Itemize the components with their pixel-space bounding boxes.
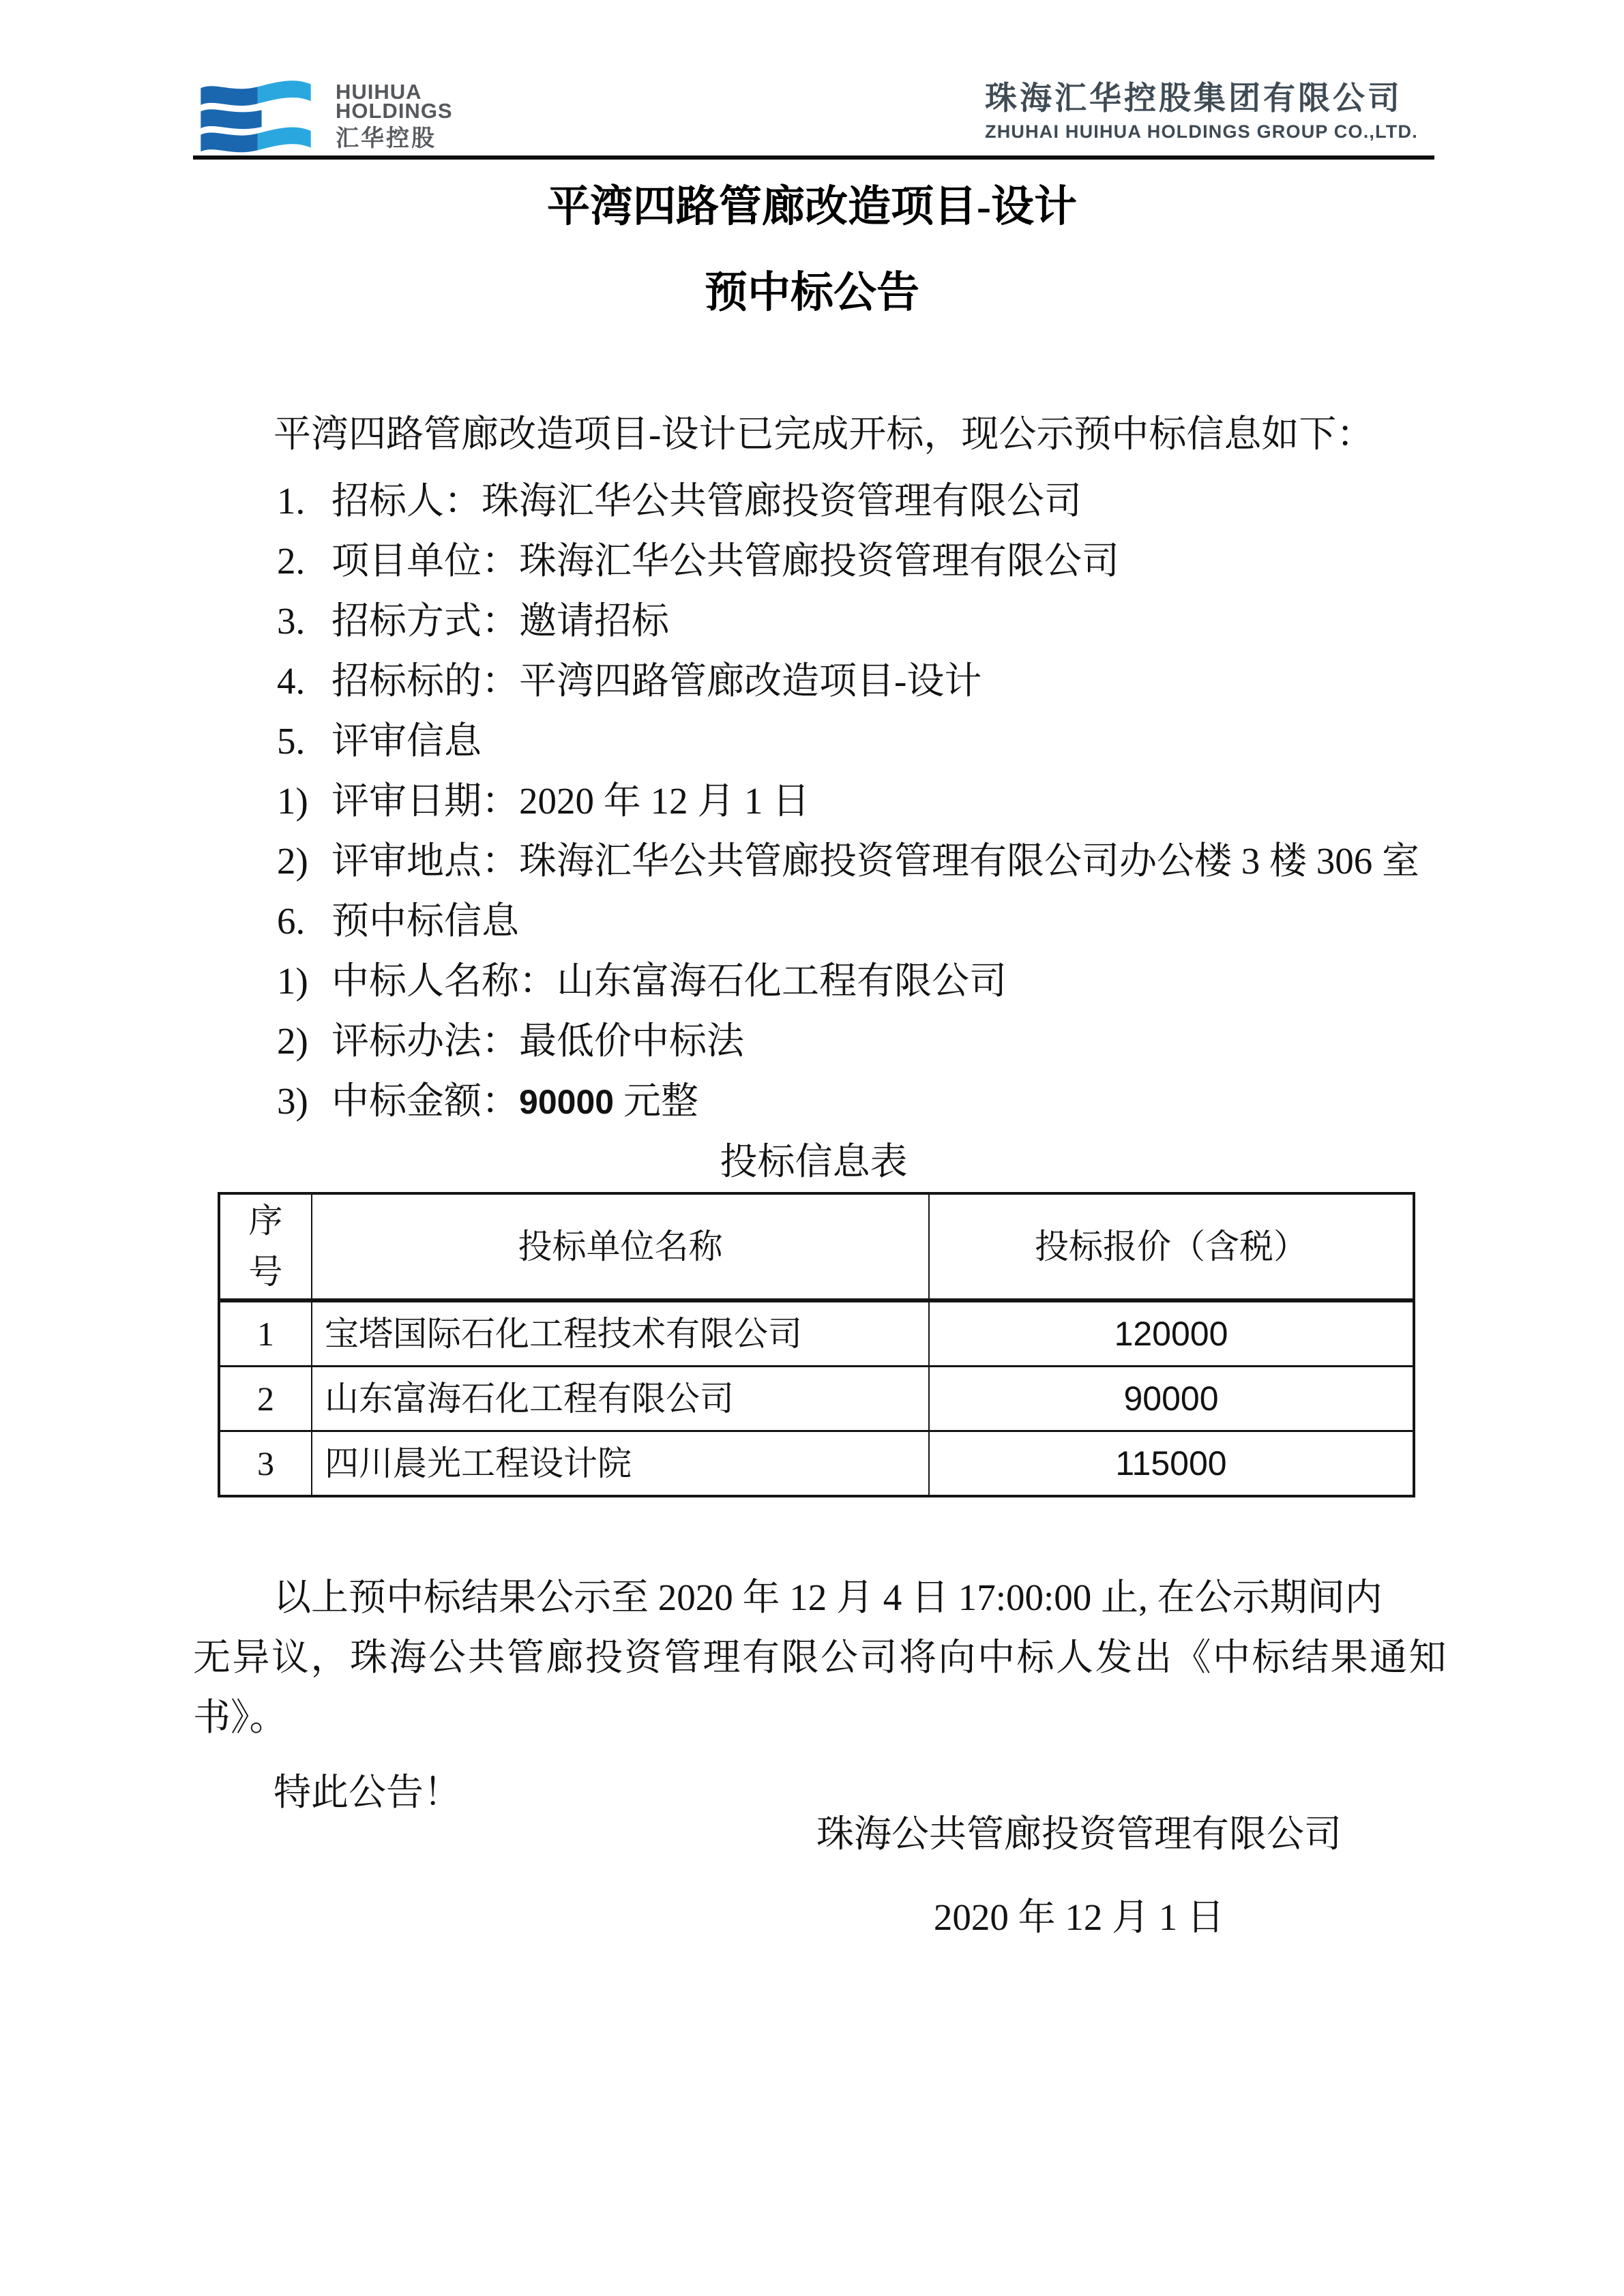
list-item-text: 招标人：珠海汇华公共管廊投资管理有限公司 [331,480,1082,522]
bid-table-title: 投标信息表 [193,1132,1434,1192]
row-price: 120000 [929,1300,1414,1367]
row-company: 宝塔国际石化工程技术有限公司 [312,1300,929,1367]
header-divider-rule [193,155,1434,160]
list-item-text: 中标金额： [331,1080,519,1122]
row-price: 90000 [929,1367,1414,1431]
list-item-number: 5. [277,711,331,771]
list-item-number: 1) [277,951,331,1011]
list-item-text: 评审日期：2020 年 12 月 1 日 [331,780,810,822]
table-header-序号: 序号 [219,1193,312,1300]
closing-line: 书》。 [193,1688,1434,1748]
list-item: 1)中标人名称：山东富海石化工程有限公司 [193,951,1434,1011]
logo-text-cn: 汇华控股 [336,126,453,151]
list-item-text: 评审地点：珠海汇华公共管廊投资管理有限公司办公楼 3 楼 306 室 [331,840,1419,882]
list-item: 3.招标方式：邀请招标 [193,591,1434,651]
list-item-number: 2) [277,831,331,891]
list-item-text: 预中标信息 [331,900,519,942]
table-header-投标报价: 投标报价（含税） [929,1193,1414,1300]
list-item: 1)评审日期：2020 年 12 月 1 日 [193,771,1434,831]
huihua-logo-flag-icon [198,78,314,154]
list-item-text: 招标方式：邀请招标 [331,600,669,642]
document-body: 平湾四路管廊改造项目-设计已完成开标，现公示预中标信息如下： 1.招标人：珠海汇… [193,404,1434,1823]
list-item-text: 项目单位：珠海汇华公共管廊投资管理有限公司 [331,540,1119,582]
document-title-line2: 预中标公告 [0,267,1624,318]
row-no: 2 [219,1367,312,1431]
list-item-number: 4. [277,651,331,711]
list-item: 5.评审信息 [193,711,1434,771]
list-item-text-suffix: 元整 [614,1080,698,1122]
list-item-number: 1. [277,471,331,531]
list-item-number: 2. [277,531,331,591]
list-item-award-amount: 3)中标金额：90000 元整 [193,1071,1434,1132]
intro-paragraph: 平湾四路管廊改造项目-设计已完成开标，现公示预中标信息如下： [193,404,1434,464]
row-company: 四川晨光工程设计院 [312,1431,929,1497]
row-price: 115000 [929,1431,1414,1497]
list-item-text: 评审信息 [331,720,482,762]
closing-paragraph: 以上预中标结果公示至 2020 年 12 月 4 日 17:00:00 止, 在… [193,1568,1434,1748]
closing-line: 以上预中标结果公示至 2020 年 12 月 4 日 17:00:00 止, 在… [193,1568,1434,1628]
list-item-number: 6. [277,891,331,951]
row-company: 山东富海石化工程有限公司 [312,1367,929,1431]
row-no: 3 [219,1431,312,1497]
header-company-name-en: ZHUHAI HUIHUA HOLDINGS GROUP CO.,LTD. [985,121,1435,142]
list-item: 2.项目单位：珠海汇华公共管廊投资管理有限公司 [193,531,1434,591]
document-title-line1: 平湾四路管廊改造项目-设计 [0,181,1624,232]
list-item-text: 中标人名称：山东富海石化工程有限公司 [331,960,1007,1002]
logo-text-holdings: HOLDINGS [336,102,453,121]
list-item: 2)评标办法：最低价中标法 [193,1011,1434,1071]
bid-info-table: 序号 投标单位名称 投标报价（含税） 1 宝塔国际石化工程技术有限公司 1200… [218,1192,1415,1497]
list-item-number: 2) [277,1011,331,1071]
closing-line: 无异议，珠海公共管廊投资管理有限公司将向中标人发出《中标结果通知 [193,1628,1434,1688]
list-item-text: 评标办法：最低价中标法 [331,1020,744,1062]
list-item: 4.招标标的：平湾四路管廊改造项目-设计 [193,651,1434,711]
list-item: 1.招标人：珠海汇华公共管廊投资管理有限公司 [193,471,1434,531]
award-amount-value: 90000 [519,1083,614,1121]
header-company-name-cn: 珠海汇华控股集团有限公司 [985,80,1435,116]
logo-wordmark: HUIHUA HOLDINGS 汇华控股 [336,83,453,151]
header-company-block: 珠海汇华控股集团有限公司 ZHUHAI HUIHUA HOLDINGS GROU… [985,80,1435,142]
signature-company: 珠海公共管廊投资管理有限公司 [806,1804,1352,1864]
table-row: 1 宝塔国际石化工程技术有限公司 120000 [219,1300,1414,1367]
signature-date: 2020 年 12 月 1 日 [806,1888,1352,1948]
list-item-number: 3. [277,591,331,651]
table-row: 3 四川晨光工程设计院 115000 [219,1431,1414,1497]
list-item-number: 1) [277,771,331,831]
table-row: 2 山东富海石化工程有限公司 90000 [219,1367,1414,1431]
table-header-row: 序号 投标单位名称 投标报价（含税） [219,1193,1414,1300]
list-item: 6.预中标信息 [193,891,1434,951]
list-item-number: 3) [277,1071,331,1131]
row-no: 1 [219,1300,312,1367]
table-header-投标单位名称: 投标单位名称 [312,1193,929,1300]
document-page: HUIHUA HOLDINGS 汇华控股 珠海汇华控股集团有限公司 ZHUHAI… [0,0,1624,2296]
list-item-text: 招标标的：平湾四路管廊改造项目-设计 [331,660,981,702]
list-item: 2)评审地点：珠海汇华公共管廊投资管理有限公司办公楼 3 楼 306 室 [193,831,1434,891]
